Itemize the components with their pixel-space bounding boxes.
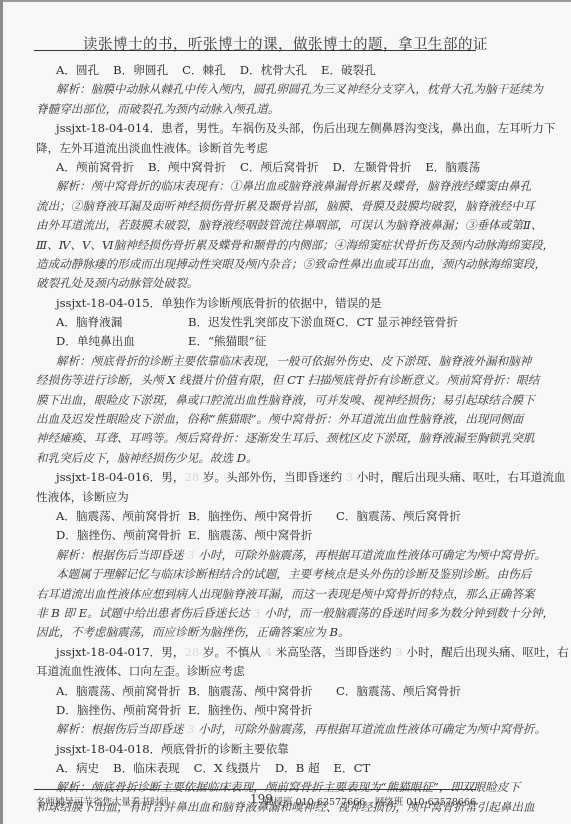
answer-option: E．“熊猫眼”征 bbox=[188, 332, 348, 351]
text-segment: 非 B 即 E。试题中给出患者伤后昏迷长达 bbox=[36, 606, 253, 620]
answer-options: A．脑震荡、颅前窝骨折B．脑震荡、颅中窝骨折C．脑震荡、颅后窝骨折 bbox=[36, 682, 478, 701]
analysis-text: 非 B 即 E。试题中给出患者伤后昏迷长达 3 小时，而一般脑震荡的昏迷时间多为… bbox=[36, 604, 478, 623]
answer-option: C．棘孔 bbox=[182, 61, 226, 80]
text-segment: 小时，可除外脑震荡，再根据耳道流血性液体可确定为颅中窝骨折。 bbox=[195, 722, 547, 736]
answer-option: E．破裂孔 bbox=[321, 61, 376, 80]
answer-option: D．枕骨大孔 bbox=[240, 61, 307, 80]
page-body: A．圆孔B．卵圆孔C．棘孔D．枕骨大孔E．破裂孔解析：脑膜中动脉从棘孔中传入颅内… bbox=[36, 61, 478, 817]
header-rule bbox=[34, 50, 476, 51]
answer-options: A．圆孔B．卵圆孔C．棘孔D．枕骨大孔E．破裂孔 bbox=[36, 61, 478, 80]
answer-options: A．颅前窝骨折B．颅中窝骨折C．颅后窝骨折D．左颞骨骨折E．脑震荡 bbox=[36, 158, 478, 177]
answer-option: A．圆孔 bbox=[56, 61, 99, 80]
answer-option: E．脑震荡 bbox=[425, 158, 480, 177]
answer-option: D．B 超 bbox=[275, 759, 320, 778]
question-text: jssjxt-18-04-018．颅底骨折的诊断主要依靠 bbox=[36, 740, 478, 759]
analysis-text: 出血及迟发性眼睑皮下淤血，俗称“熊猫眼”。颅中窝骨折：外耳道流出血性脑脊液，出现… bbox=[36, 410, 478, 429]
answer-option: C．脑震荡、颅后窝骨折 bbox=[336, 682, 496, 701]
page-footer: 名师辅导可节省您大量看书时间 199 面授班 010-63577666 网络班 … bbox=[36, 792, 476, 808]
analysis-text: 解析：脑膜中动脉从棘孔中传入颅内，圆孔卵圆孔为三叉神经分支穿入，枕骨大孔为脑干延… bbox=[36, 80, 478, 99]
analysis-text: 经损伤等进行诊断，头颅 X 线摄片价值有限，但 CT 扫描颅底骨折有诊断意义。颅… bbox=[36, 371, 478, 390]
answer-option: C．X 线摄片 bbox=[194, 759, 261, 778]
answer-options: A．病史B．临床表现C．X 线摄片D．B 超E．CT bbox=[36, 759, 478, 778]
question-text: 耳道流血性液体、口向左歪。诊断应考虑 bbox=[36, 662, 478, 681]
analysis-text: 因此，不考虑脑震荡，而应诊断为脑挫伤，正确答案应为 B。 bbox=[36, 623, 478, 642]
analysis-text: 解析：颅中窝骨折的临床表现有：①鼻出血或脑脊液鼻漏骨折累及蝶骨，脑脊液经蝶窦由鼻… bbox=[36, 177, 478, 196]
text-segment: 岁。头部外伤，当即昏迷约 bbox=[199, 470, 346, 484]
answer-options: A．脑脊液漏B．迟发性乳突部皮下淤血斑C．CT 显示神经管骨折 bbox=[36, 313, 478, 332]
answer-option: D．脑挫伤、颅前窝骨折 bbox=[56, 701, 188, 720]
answer-option: A．颅前窝骨折 bbox=[56, 158, 134, 177]
answer-option: B．脑挫伤、颅中窝骨折 bbox=[188, 507, 336, 526]
redacted-number: 28 bbox=[184, 470, 199, 484]
answer-option: B．迟发性乳突部皮下淤血斑 bbox=[188, 313, 336, 332]
answer-option: E．脑挫伤、颅中窝骨折 bbox=[188, 701, 348, 720]
question-text: jssjxt-18-04-014．患者，男性。车祸伤及头部，伤后出现左侧鼻唇沟变… bbox=[36, 119, 478, 138]
answer-option: B．临床表现 bbox=[113, 759, 180, 778]
analysis-text: Ⅲ、Ⅳ、Ⅴ、Ⅵ脑神经损伤骨折累及蝶骨和颞骨的内侧部；④海绵窦症状骨折伤及颈内动脉… bbox=[36, 236, 478, 255]
footer-contact: 面授班 010-63577666 网络班 010-63578666 bbox=[264, 794, 476, 808]
answer-option: D．单纯鼻出血 bbox=[56, 332, 188, 351]
answer-option: A．病史 bbox=[56, 759, 99, 778]
analysis-text: 解析：根据伤后当即昏迷 3 小时，可除外脑震荡，再根据耳道流血性液体可确定为颅中… bbox=[36, 546, 478, 565]
footer-rule bbox=[34, 789, 476, 790]
answer-option: B．脑震荡、颅中窝骨折 bbox=[188, 682, 336, 701]
text-segment: 小时，醒后出现头痛、呕吐，右 bbox=[403, 645, 569, 659]
answer-option: A．脑震荡、颅前窝骨折 bbox=[56, 682, 188, 701]
redacted-number: 3 bbox=[395, 645, 402, 659]
analysis-text: 本题属于理解记忆与临床诊断相结合的试题，主要考核点是头外伤的诊断及鉴别诊断。由伤… bbox=[36, 565, 478, 584]
answer-option: C．CT 显示神经管骨折 bbox=[336, 313, 496, 332]
text-segment: 小时，醒后出现头痛、呕吐，右耳道流血 bbox=[353, 470, 565, 484]
analysis-text: 神经瘫痪、耳聋、耳鸣等。颅后窝骨折：逐渐发生耳后、颈枕区皮下淤斑，脑脊液漏至胸锁… bbox=[36, 429, 478, 448]
analysis-text: 由外耳道流出，若鼓膜未破裂，脑脊液经咽鼓管流往鼻咽部，可误认为脑脊液鼻漏；③垂体… bbox=[36, 216, 478, 235]
answer-option: E．脑震荡、颅中窝骨折 bbox=[188, 526, 348, 545]
redacted-number: 3 bbox=[187, 722, 194, 736]
analysis-text: 解析：颅底骨折的诊断主要依靠临床表现，一般可依据外伤史、皮下淤斑、脑脊液外漏和脑… bbox=[36, 352, 478, 371]
question-text: jssjxt-18-04-016．男，28 岁。头部外伤，当即昏迷约 3 小时，… bbox=[36, 468, 478, 487]
analysis-text: 膜下出血，眼睑皮下淤斑，鼻或口腔流出血性脑脊液，可并发嗅、视神经损伤；易引起球结… bbox=[36, 391, 478, 410]
redacted-number: 28 bbox=[184, 645, 199, 659]
answer-option: B．颅中窝骨折 bbox=[148, 158, 226, 177]
page-left-edge bbox=[0, 0, 3, 824]
answer-options: D．脑挫伤、颅前窝骨折E．脑震荡、颅中窝骨折 bbox=[36, 526, 478, 545]
analysis-text: 造成动静脉瘘的形成而出现搏动性突眼及颅内杂音；⑤致命性鼻出血或耳出血，颈内动脉海… bbox=[36, 255, 478, 274]
analysis-text: 右耳道流出血性液体应想到病人出现脑脊液耳漏，而这一表现是颅中窝骨折的特点，那么正… bbox=[36, 585, 478, 604]
text-segment: 小时，而一般脑震荡的昏迷时间多为数分钟到数十分钟， bbox=[261, 606, 555, 620]
text-segment: 小时，可除外脑震荡，再根据耳道流血性液体可确定为颅中窝骨折。 bbox=[195, 548, 547, 562]
answer-option: C．脑震荡、颅后窝骨折 bbox=[336, 507, 496, 526]
answer-options: A．脑震荡、颅前窝骨折B．脑挫伤、颅中窝骨折C．脑震荡、颅后窝骨折 bbox=[36, 507, 478, 526]
answer-option: E．CT bbox=[334, 759, 371, 778]
redacted-number: 4 bbox=[265, 645, 272, 659]
question-text: jssjxt-18-04-015．单独作为诊断颅底骨折的依据中，错误的是 bbox=[36, 294, 478, 313]
answer-option: A．脑脊液漏 bbox=[56, 313, 188, 332]
answer-options: D．单纯鼻出血E．“熊猫眼”征 bbox=[36, 332, 478, 351]
question-text: 降，左外耳道流出淡血性液体。诊断首先考虑 bbox=[36, 139, 478, 158]
text-segment: 岁。不慎从 bbox=[199, 645, 264, 659]
answer-option: C．颅后窝骨折 bbox=[240, 158, 318, 177]
analysis-text: 和乳突后皮下，脑神经损伤少见。故选 D。 bbox=[36, 449, 478, 468]
footer-slogan: 名师辅导可节省您大量看书时间 bbox=[36, 794, 169, 808]
answer-option: D．左颞骨骨折 bbox=[332, 158, 411, 177]
analysis-text: 脊髓穿出部位，而破裂孔为颈内动脉入颅孔道。 bbox=[36, 100, 478, 119]
analysis-text: 流出；②脑脊液耳漏及面听神经损伤骨折累及颞骨岩部，脑膜、骨膜及鼓膜均破裂，脑脊液… bbox=[36, 197, 478, 216]
analysis-text: 解析：根据伤后当即昏迷 3 小时，可除外脑震荡，再根据耳道流血性液体可确定为颅中… bbox=[36, 720, 478, 739]
redacted-number: 3 bbox=[187, 548, 194, 562]
text-segment: jssjxt-18-04-017．男， bbox=[56, 645, 184, 659]
redacted-number: 3 bbox=[253, 606, 260, 620]
text-segment: jssjxt-18-04-016．男， bbox=[56, 470, 184, 484]
answer-option: A．脑震荡、颅前窝骨折 bbox=[56, 507, 188, 526]
answer-option: B．卵圆孔 bbox=[113, 61, 168, 80]
page-top-edge bbox=[0, 0, 571, 2]
question-text: 性液体，诊断应为 bbox=[36, 488, 478, 507]
answer-option: D．脑挫伤、颅前窝骨折 bbox=[56, 526, 188, 545]
text-segment: 解析：根据伤后当即昏迷 bbox=[56, 722, 187, 736]
analysis-text: 破裂孔处及颈内动脉管处破裂。 bbox=[36, 274, 478, 293]
question-text: jssjxt-18-04-017．男，28 岁。不慎从 4 米高坠落，当即昏迷约… bbox=[36, 643, 478, 662]
text-segment: 米高坠落，当即昏迷约 bbox=[272, 645, 395, 659]
text-segment: 解析：根据伤后当即昏迷 bbox=[56, 548, 187, 562]
answer-options: D．脑挫伤、颅前窝骨折E．脑挫伤、颅中窝骨折 bbox=[36, 701, 478, 720]
